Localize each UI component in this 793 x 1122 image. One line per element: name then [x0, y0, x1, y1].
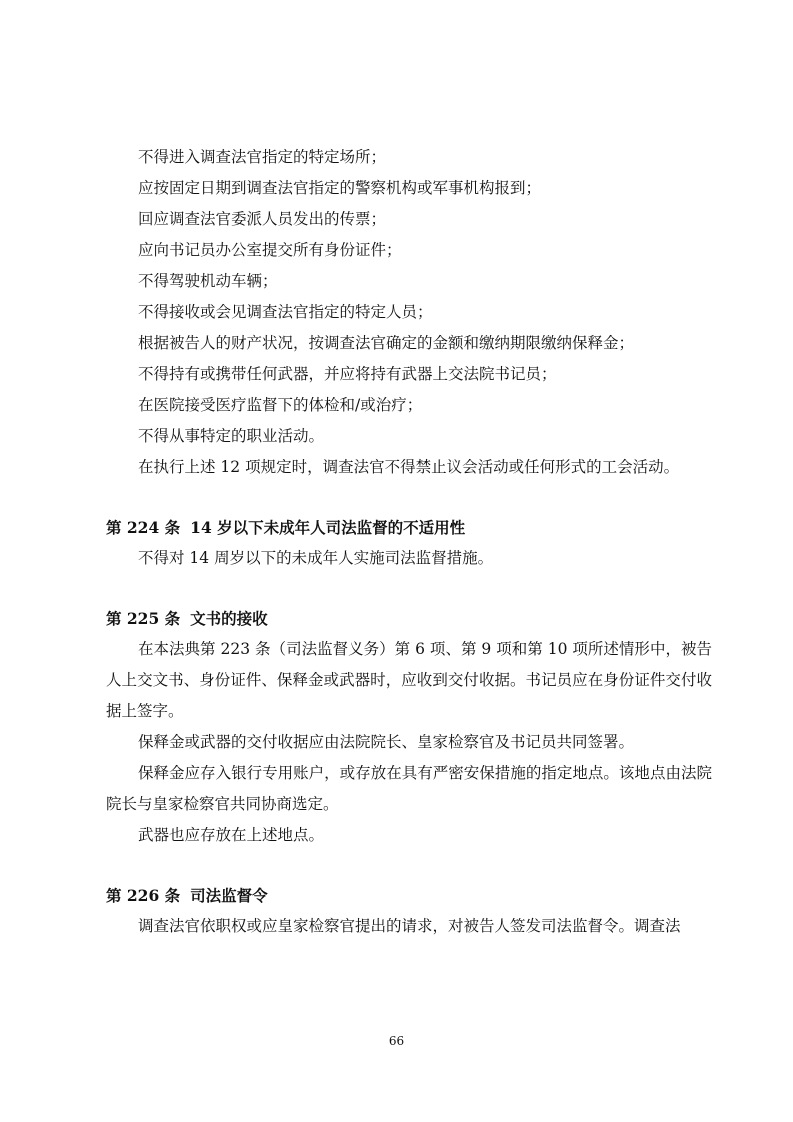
article-225: 第 225 条文书的接收 在本法典第 223 条（司法监督义务）第 6 项、第 …	[106, 603, 712, 851]
list-item: 不得持有或携带任何武器，并应将持有武器上交法院书记员；	[106, 359, 712, 390]
article-title: 14 岁以下未成年人司法监督的不适用性	[190, 518, 465, 537]
article-number: 第 224 条	[106, 518, 180, 537]
article-heading: 第 226 条司法监督令	[106, 880, 712, 911]
list-item-note: 在执行上述 12 项规定时，调查法官不得禁止议会活动或任何形式的工会活动。	[106, 452, 712, 483]
list-item: 在医院接受医疗监督下的体检和/或治疗；	[106, 390, 712, 421]
document-page: 不得进入调查法官指定的特定场所； 应按固定日期到调查法官指定的警察机构或军事机构…	[0, 0, 793, 1122]
article-paragraph: 调查法官依职权或应皇家检察官提出的请求，对被告人签发司法监督令。调查法	[106, 911, 712, 942]
list-item: 根据被告人的财产状况，按调查法官确定的金额和缴纳期限缴纳保释金；	[106, 328, 712, 359]
article-heading: 第 224 条14 岁以下未成年人司法监督的不适用性	[106, 512, 712, 543]
article-number: 第 225 条	[106, 609, 180, 628]
article-paragraph: 保释金应存入银行专用账户，或存放在具有严密安保措施的指定地点。该地点由法院院长与…	[106, 758, 712, 820]
page-content: 不得进入调查法官指定的特定场所； 应按固定日期到调查法官指定的警察机构或军事机构…	[106, 142, 712, 942]
list-item: 不得从事特定的职业活动。	[106, 421, 712, 452]
list-item: 不得接收或会见调查法官指定的特定人员；	[106, 297, 712, 328]
page-number: 66	[0, 1034, 793, 1048]
article-paragraph: 在本法典第 223 条（司法监督义务）第 6 项、第 9 项和第 10 项所述情…	[106, 634, 712, 727]
article-number: 第 226 条	[106, 886, 180, 905]
article-title: 文书的接收	[190, 609, 268, 628]
article-paragraph: 保释金或武器的交付收据应由法院院长、皇家检察官及书记员共同签署。	[106, 727, 712, 758]
article-paragraph: 不得对 14 周岁以下的未成年人实施司法监督措施。	[106, 543, 712, 574]
article-224: 第 224 条14 岁以下未成年人司法监督的不适用性 不得对 14 周岁以下的未…	[106, 512, 712, 574]
article-paragraph: 武器也应存放在上述地点。	[106, 820, 712, 851]
list-item: 应向书记员办公室提交所有身份证件；	[106, 235, 712, 266]
article-226: 第 226 条司法监督令 调查法官依职权或应皇家检察官提出的请求，对被告人签发司…	[106, 880, 712, 942]
obligation-list: 不得进入调查法官指定的特定场所； 应按固定日期到调查法官指定的警察机构或军事机构…	[106, 142, 712, 483]
article-heading: 第 225 条文书的接收	[106, 603, 712, 634]
list-item: 不得进入调查法官指定的特定场所；	[106, 142, 712, 173]
article-title: 司法监督令	[190, 886, 268, 905]
list-item: 应按固定日期到调查法官指定的警察机构或军事机构报到；	[106, 173, 712, 204]
list-item: 不得驾驶机动车辆；	[106, 266, 712, 297]
list-item: 回应调查法官委派人员发出的传票；	[106, 204, 712, 235]
